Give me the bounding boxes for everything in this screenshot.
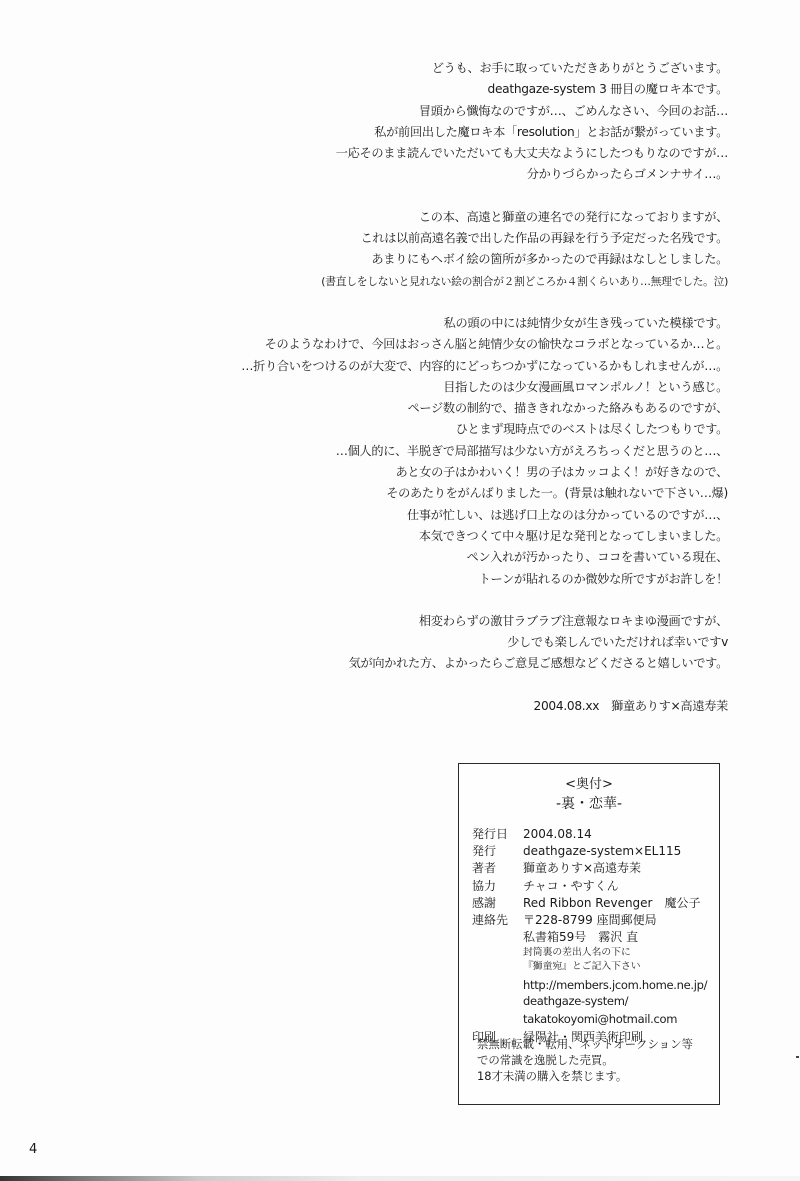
contact-po-box: 私書箱59号 霧沢 直 [523,929,713,946]
colophon-box: <奥付> -裏・恋華- 発行日 2004.08.14 発行 deathgaze-… [458,763,720,1105]
colophon-label: 著者 [472,860,523,877]
colophon-row-issue-date: 発行日 2004.08.14 [472,826,713,843]
afterword-line: deathgaze-system 3 冊目の魔ロキ本です。 [108,79,728,100]
afterword-line: どうも、お手に取っていただきありがとうございます。 [108,58,728,79]
afterword: どうも、お手に取っていただきありがとうございます。 deathgaze-syst… [108,58,728,717]
contact-note: 『獅童宛』とご記入下さい [523,960,713,974]
copyright-notice: 禁無断転載・転用、ネットオークション等 での常識を逸脱した売買。 18才未満の購… [477,1036,693,1084]
afterword-line: これは以前高遠名義で出した作品の再録を行う予定だった名残です。 [108,228,728,249]
colophon-value: Red Ribbon Revenger 魔公子 [523,895,713,912]
afterword-line: あと女の子はかわいく！男の子はカッコよく！が好きなので、 [108,462,728,483]
colophon-row-thanks: 感謝 Red Ribbon Revenger 魔公子 [472,895,713,912]
colophon-row-publisher: 発行 deathgaze-system×EL115 [472,843,713,860]
afterword-line: あまりにもヘボイ絵の箇所が多かったので再録はなしとしました。 [108,249,728,270]
scan-artifact [796,1056,799,1058]
colophon-label: 協力 [472,878,523,895]
colophon-row-author: 著者 獅童ありす×高遠寿茉 [472,860,713,877]
afterword-paragraph-2: この本、高遠と獅童の連名での発行になっておりますが、 これは以前高遠名義で出した… [108,207,728,292]
afterword-line: 相変わらずの激甘ラブラブ注意報なロキまゆ漫画ですが、 [108,611,728,632]
colophon-value: 獅童ありす×高遠寿茉 [523,860,713,877]
colophon-row-cooperation: 協力 チャコ・やすくん [472,878,713,895]
website-url[interactable]: http://members.jcom.home.ne.jp/ [523,977,713,993]
colophon-row-contact: 連絡先 〒228-8799 座間郵便局 私書箱59号 霧沢 直 封筒裏の差出人名… [472,912,713,1027]
colophon-label: 発行日 [472,826,523,843]
colophon-label: 発行 [472,843,523,860]
afterword-line: …個人的に、半脱ぎで局部描写は少ない方がえろちっくだと思うのと…、 [108,441,728,462]
colophon-rows: 発行日 2004.08.14 発行 deathgaze-system×EL115… [472,826,713,1047]
afterword-line: …折り合いをつけるのが大変で、内容的にどっちつかずになっているかもしれませんが…… [108,356,728,377]
contact-email[interactable]: takatokoyomi@hotmail.com [523,1011,713,1027]
notice-line: 18才未満の購入を禁じます。 [477,1068,693,1084]
afterword-line: そのあたりをがんばりました一。(背景は触れないで下さい…爆) [108,483,728,504]
colophon-label: 感謝 [472,895,523,912]
scan-edge-shadow [0,1176,800,1181]
afterword-line: 少しでも楽しんでいただければ幸いですv [108,632,728,653]
notice-line: での常識を逸脱した売買。 [477,1052,693,1068]
afterword-line: (書直しをしないと見れない絵の割合が２割どころか４割くらいあり…無理でした。泣) [108,271,728,292]
afterword-line: 気が向かれた方、よかったらご意見ご感想などくださると嬉しいです。 [108,653,728,674]
afterword-line: ひとまず現時点でのベストは尽くしたつもりです。 [108,419,728,440]
colophon-title: -裏・恋華- [459,794,719,814]
contact-note: 封筒裏の差出人名の下に [523,946,713,960]
colophon-value: チャコ・やすくん [523,878,713,895]
afterword-line: 一応そのまま読んでいただいても大丈夫なようにしたつもりなのですが… [108,143,728,164]
afterword-line: 目指したのは少女漫画風ロマンポルノ！という感じ。 [108,377,728,398]
colophon-heading: <奥付> [459,775,719,794]
contact-address: 〒228-8799 座間郵便局 [523,912,713,929]
afterword-paragraph-3: 私の頭の中には純情少女が生き残っていた模様です。 そのようなわけで、今回はおっさ… [108,313,728,590]
afterword-paragraph-4: 相変わらずの激甘ラブラブ注意報なロキまゆ漫画ですが、 少しでも楽しんでいただけれ… [108,611,728,675]
afterword-line: 私が前回出した魔ロキ本「resolution」とお話が繋がっています。 [108,122,728,143]
afterword-line: ページ数の制約で、描ききれなかった絡みもあるのですが、 [108,398,728,419]
afterword-paragraph-1: どうも、お手に取っていただきありがとうございます。 deathgaze-syst… [108,58,728,186]
afterword-line: ペン入れが汚かったり、ココを書いている現在、 [108,547,728,568]
afterword-line: トーンが貼れるのか微妙な所ですがお許しを！ [108,569,728,590]
afterword-line: 本気できつくて中々駆け足な発刊となってしまいました。 [108,526,728,547]
afterword-line: 分かりづらかったらゴメンナサイ…。 [108,164,728,185]
afterword-line: 仕事が忙しい、は逃げ口上なのは分かっているのですが…、 [108,505,728,526]
website-url[interactable]: deathgaze-system/ [523,993,713,1009]
afterword-line: この本、高遠と獅童の連名での発行になっておりますが、 [108,207,728,228]
colophon-label: 連絡先 [472,912,523,1027]
afterword-line: 私の頭の中には純情少女が生き残っていた模様です。 [108,313,728,334]
afterword-line: 冒頭から懺悔なのですが…、ごめんなさい、今回のお話… [108,101,728,122]
colophon-value: deathgaze-system×EL115 [523,843,713,860]
notice-line: 禁無断転載・転用、ネットオークション等 [477,1036,693,1052]
afterword-signature: 2004.08.xx 獅童ありす×高遠寿茉 [108,696,728,717]
colophon-value: 2004.08.14 [523,826,713,843]
page-number: 4 [29,1142,37,1157]
afterword-line: そのようなわけで、今回はおっさん脳と純情少女の愉快なコラボとなっているか…と。 [108,334,728,355]
